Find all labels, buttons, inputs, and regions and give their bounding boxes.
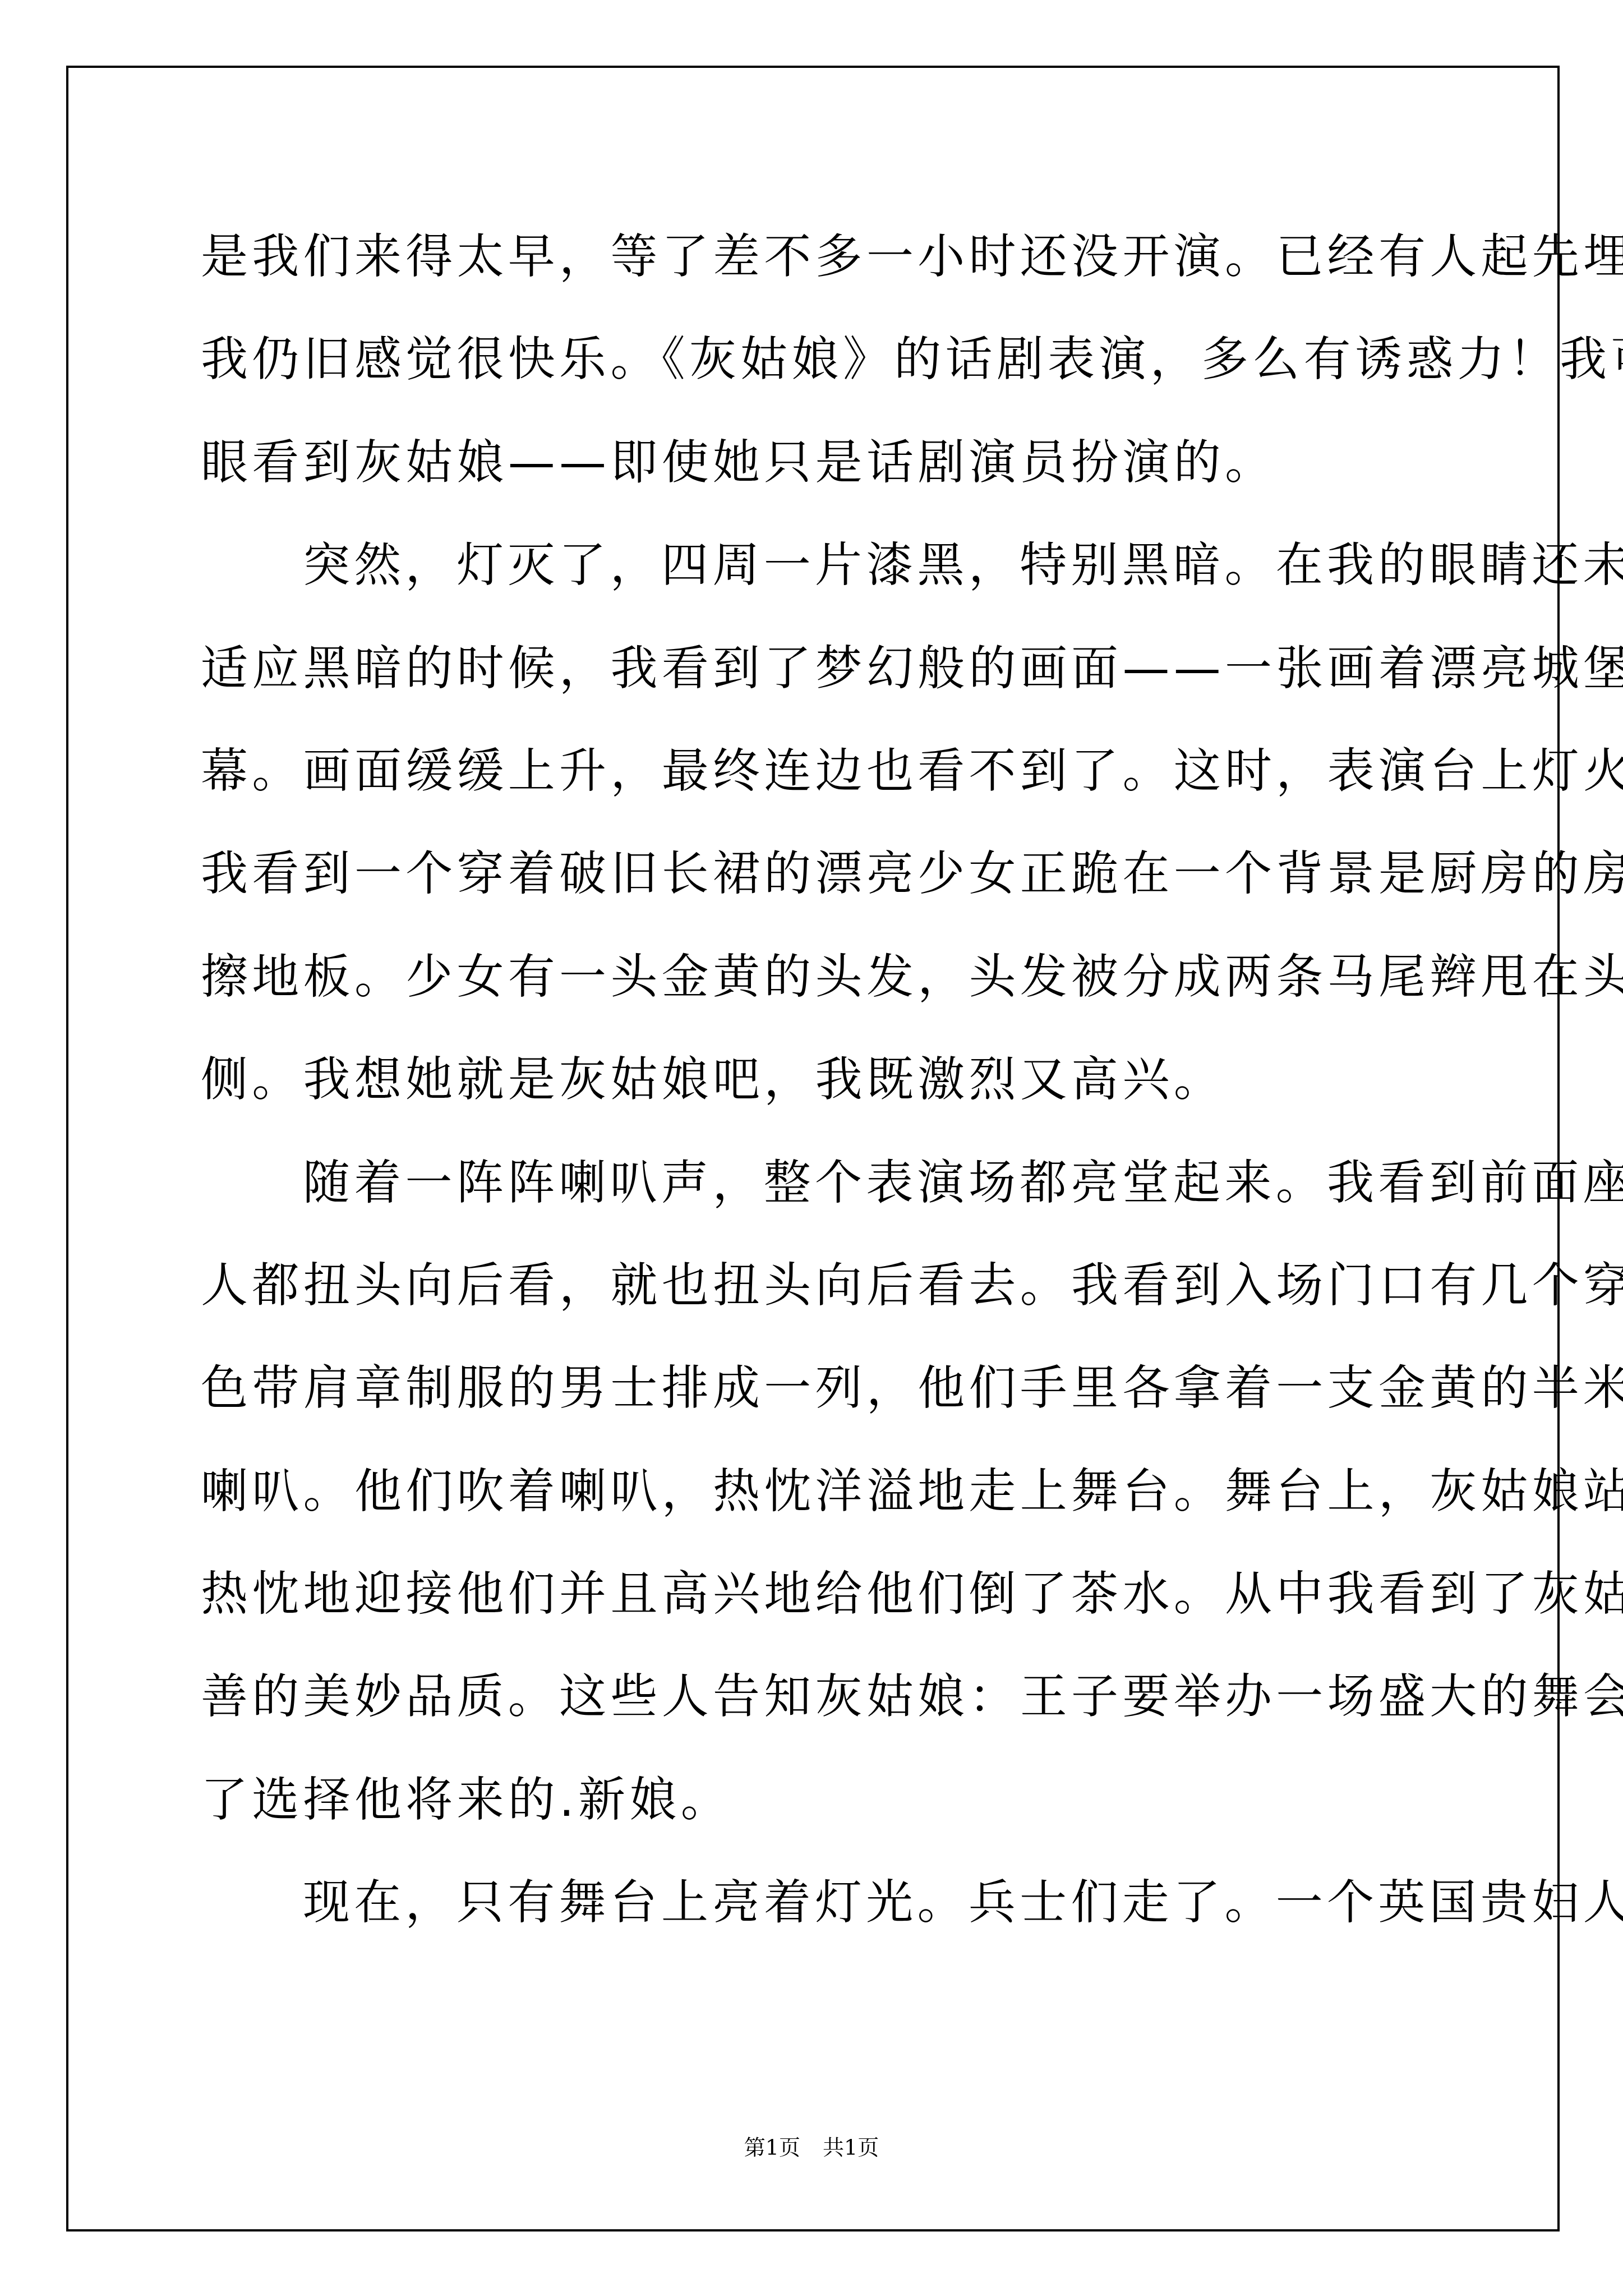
text-line: 我仍旧感觉很快乐。《灰姑娘》的话剧表演，多么有诱惑力！我可以亲 <box>201 328 1435 431</box>
text-line: 幕。画面缓缓上升，最终连边也看不到了。这时，表演台上灯火通明， <box>201 740 1435 843</box>
text-line: 善的美妙品质。这些人告知灰姑娘：王子要举办一场盛大的舞会，为 <box>201 1665 1435 1768</box>
text-line: 我看到一个穿着破旧长裙的漂亮少女正跪在一个背景是厨房的房间里 <box>201 843 1435 945</box>
text-line: 适应黑暗的时候，我看到了梦幻般的画面——一张画着漂亮城堡的画 <box>201 637 1435 740</box>
text-line: 眼看到灰姑娘——即使她只是话剧演员扮演的。 <box>201 431 1435 534</box>
page-footer: 第1页 共1页 <box>0 2133 1623 2161</box>
text-line: 热忱地迎接他们并且高兴地给他们倒了茶水。从中我看到了灰姑娘友 <box>201 1563 1435 1665</box>
text-line: 喇叭。他们吹着喇叭，热忱洋溢地走上舞台。舞台上，灰姑娘站起身 <box>201 1460 1435 1563</box>
text-line: 色带肩章制服的男士排成一列，他们手里各拿着一支金黄的半米长的 <box>201 1357 1435 1460</box>
document-body: 是我们来得太早，等了差不多一小时还没开演。已经有人起先埋怨了， 我仍旧感觉很快乐… <box>201 226 1435 1975</box>
paragraph-start-line: 现在，只有舞台上亮着灯光。兵士们走了。一个英国贵妇人装扮 <box>201 1871 1435 1974</box>
text-line: 擦地板。少女有一头金黄的头发，头发被分成两条马尾辫甩在头部两 <box>201 946 1435 1048</box>
text-line: 了选择他将来的.新娘。 <box>201 1769 1435 1871</box>
paragraph-start-line: 突然，灯灭了，四周一片漆黑，特别黑暗。在我的眼睛还未完全 <box>201 534 1435 637</box>
page-number: 第1页 <box>744 2135 800 2160</box>
text-line: 人都扭头向后看，就也扭头向后看去。我看到入场门口有几个穿着红 <box>201 1254 1435 1357</box>
paragraph-start-line: 随着一阵阵喇叭声，整个表演场都亮堂起来。我看到前面座位的 <box>201 1152 1435 1254</box>
text-line: 侧。我想她就是灰姑娘吧，我既激烈又高兴。 <box>201 1048 1435 1151</box>
text-line: 是我们来得太早，等了差不多一小时还没开演。已经有人起先埋怨了， <box>201 226 1435 328</box>
page-total: 共1页 <box>823 2135 879 2160</box>
